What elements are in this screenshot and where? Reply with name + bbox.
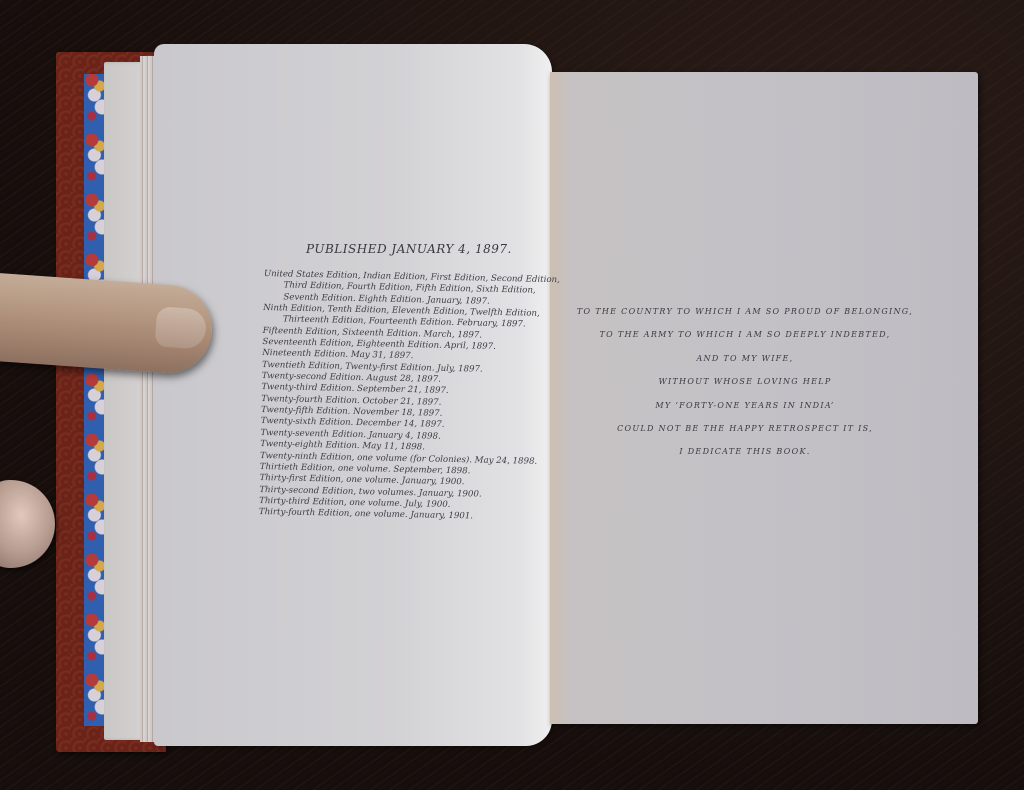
dedication-line: WITHOUT WHOSE LOVING HELP <box>575 370 915 393</box>
finger <box>0 272 215 376</box>
fingernail <box>155 306 208 349</box>
dedication-line: TO THE ARMY TO WHICH I AM SO DEEPLY INDE… <box>575 323 915 346</box>
dedication-line: TO THE COUNTRY TO WHICH I AM SO PROUD OF… <box>575 300 915 323</box>
dedication-line: AND TO MY WIFE, <box>575 347 915 370</box>
publication-heading: PUBLISHED JANUARY 4, 1897. <box>306 242 512 256</box>
thumb <box>0 480 55 568</box>
editions-list: United States Edition, Indian Edition, F… <box>259 269 554 525</box>
dedication: TO THE COUNTRY TO WHICH I AM SO PROUD OF… <box>575 300 915 464</box>
dedication-line: I DEDICATE THIS BOOK. <box>575 440 915 463</box>
dedication-line: MY ‘FORTY-ONE YEARS IN INDIA’ <box>575 394 915 417</box>
dedication-line: COULD NOT BE THE HAPPY RETROSPECT IT IS, <box>575 417 915 440</box>
